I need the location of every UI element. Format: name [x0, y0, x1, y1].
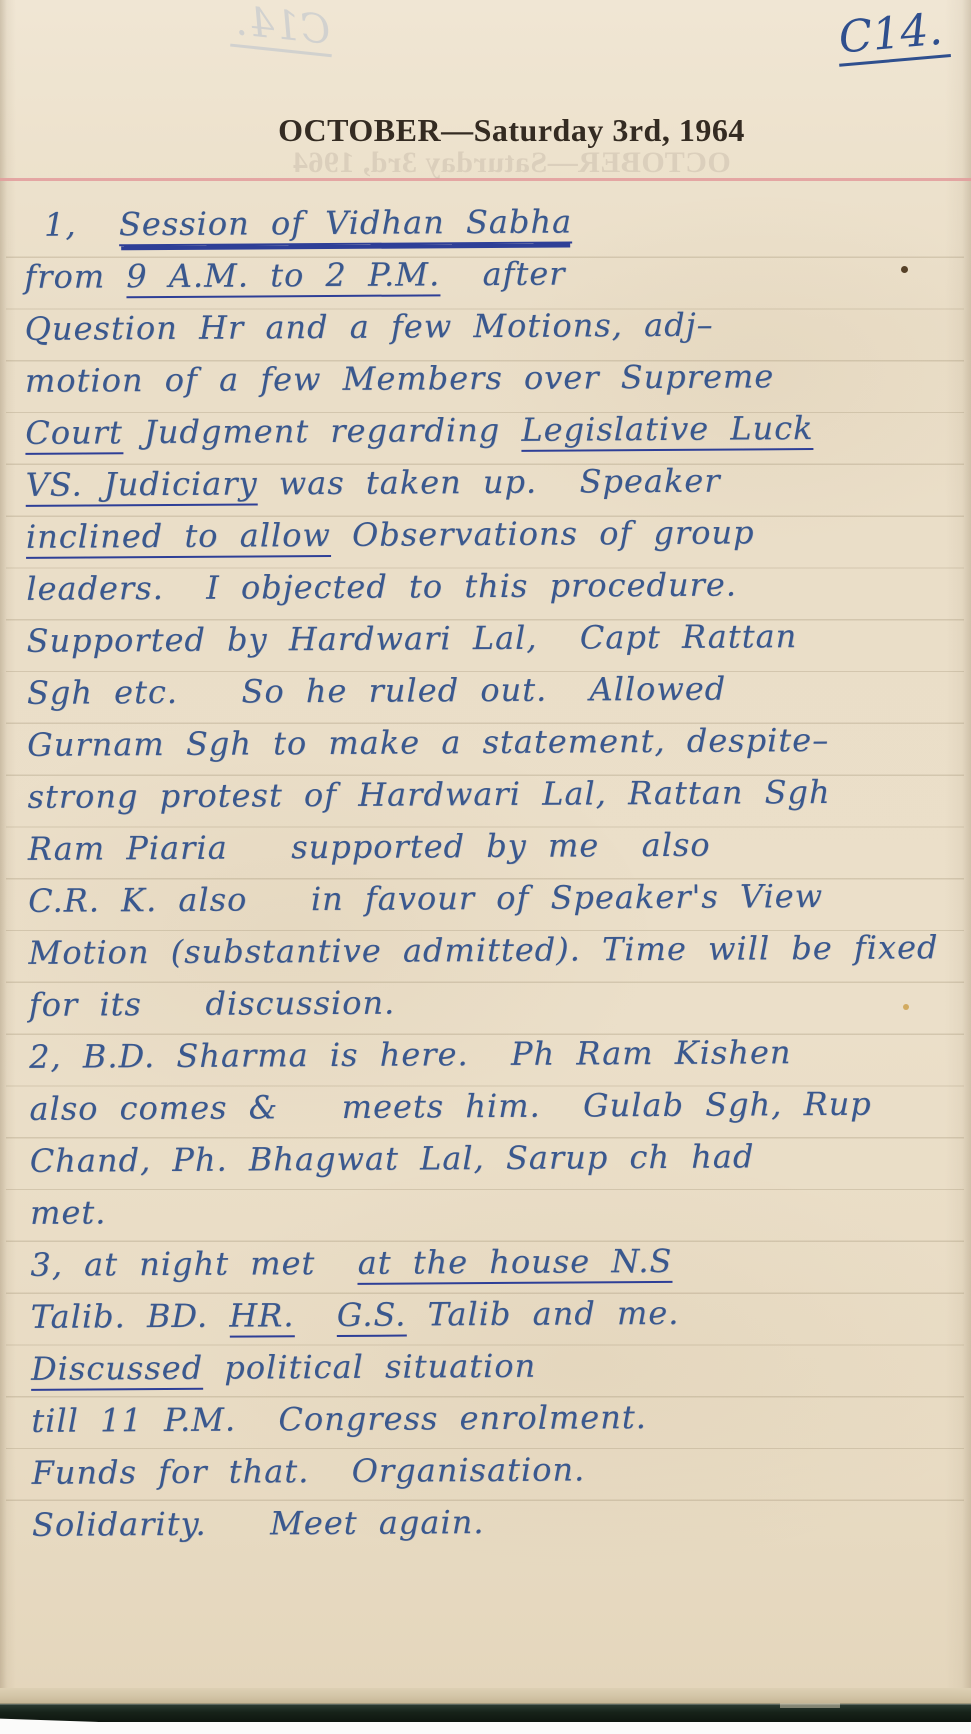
text-segment: Judgment regarding — [123, 411, 522, 451]
text-segment: Sgh etc. So he ruled out. Allowed — [27, 670, 727, 712]
underlined-phrase: G.S. — [337, 1296, 407, 1337]
underlined-phrase: VS. Judiciary — [26, 464, 258, 506]
text-segment: also comes & meets him. Gulab Sgh, Rup — [29, 1085, 872, 1128]
handwritten-line: met. — [30, 1181, 965, 1239]
ink-speck — [901, 266, 908, 273]
page-number: C14. — [835, 7, 951, 67]
handwritten-line: till 11 P.M. Congress enrolment. — [31, 1389, 966, 1447]
text-segment: Solidarity. Meet again. — [32, 1503, 485, 1544]
handwritten-line: 1, Session of Vidhan Sabha — [24, 193, 959, 251]
text-segment: Question Hr and a few Motions, adj– — [25, 306, 714, 348]
text-segment: for its discussion. — [29, 984, 396, 1024]
handwritten-line: Funds for that. Organisation. — [32, 1441, 967, 1499]
handwritten-line: motion of a few Members over Supreme — [25, 349, 960, 407]
text-segment: Funds for that. Organisation. — [32, 1450, 586, 1491]
desk-band — [0, 1703, 971, 1723]
underlined-phrase: HR. — [229, 1296, 294, 1337]
handwritten-line: Gurnam Sgh to make a statement, despite– — [27, 713, 962, 771]
handwritten-line: also comes & meets him. Gulab Sgh, Rup — [29, 1077, 964, 1135]
text-segment: Ram Piaria supported by me also — [28, 826, 711, 868]
handwritten-line: Court Judgment regarding Legislative Luc… — [25, 401, 960, 459]
handwritten-line: inclined to allow Observations of group — [26, 505, 961, 563]
underlined-phrase: Session of Vidhan Sabha — [119, 203, 572, 247]
handwritten-line: Question Hr and a few Motions, adj– — [25, 297, 960, 355]
handwritten-line: 2, B.D. Sharma is here. Ph Ram Kishen — [29, 1025, 964, 1083]
handwritten-line: strong protest of Hardwari Lal, Rattan S… — [27, 765, 962, 823]
text-segment: political situation — [203, 1347, 536, 1387]
text-segment: was taken up. Speaker — [258, 462, 721, 503]
handwritten-line: Talib. BD. HR. G.S. Talib and me. — [31, 1285, 966, 1343]
date-header: OCTOBER—Saturday 3rd, 1964 — [26, 112, 971, 149]
underlined-phrase: inclined to allow — [26, 516, 331, 559]
handwritten-line: Supported by Hardwari Lal, Capt Rattan — [26, 609, 961, 667]
text-segment: 3, at night met — [30, 1244, 357, 1284]
text-segment: Supported by Hardwari Lal, Capt Rattan — [26, 617, 797, 660]
text-segment: Motion (substantive admitted). Time will… — [28, 928, 938, 972]
amber-speck — [903, 1004, 909, 1010]
handwritten-line: from 9 A.M. to 2 P.M. after — [24, 245, 959, 303]
underlined-phrase: Legislative Luck — [521, 409, 813, 452]
text-segment: strong protest of Hardwari Lal, Rattan S… — [27, 773, 830, 816]
handwritten-line: C.R. K. also in favour of Speaker's View — [28, 869, 963, 927]
text-segment: C.R. K. also in favour of Speaker's View — [28, 877, 823, 920]
text-segment: Talib and me. — [406, 1294, 679, 1334]
text-segment: Observations of group — [331, 513, 755, 554]
text-segment: 1, — [44, 205, 119, 243]
date-header-ghost: OCTOBER—Saturday 3rd, 1964 — [26, 146, 971, 180]
entry-lines: 1, Session of Vidhan Sabhafrom 9 A.M. to… — [24, 193, 967, 1551]
text-segment: 2, B.D. Sharma is here. Ph Ram Kishen — [29, 1033, 792, 1076]
text-segment: Talib. BD. — [31, 1297, 230, 1336]
handwritten-line: Sgh etc. So he ruled out. Allowed — [27, 661, 962, 719]
handwritten-line: Motion (substantive admitted). Time will… — [28, 921, 963, 979]
handwritten-line: Solidarity. Meet again. — [32, 1493, 967, 1551]
diary-page-scan: C14. C14. OCTOBER—Saturday 3rd, 1964 OCT… — [0, 0, 971, 1734]
text-segment: leaders. I objected to this procedure. — [26, 566, 737, 608]
handwritten-line: leaders. I objected to this procedure. — [26, 557, 961, 615]
text-segment: Chand, Ph. Bhagwat Lal, Sarup ch had — [30, 1137, 755, 1179]
underlined-phrase: 9 A.M. to 2 P.M. — [126, 255, 440, 298]
underlined-phrase: Court — [25, 413, 123, 455]
text-segment: till 11 P.M. Congress enrolment. — [31, 1398, 647, 1440]
text-segment: Gurnam Sgh to make a statement, despite– — [27, 721, 829, 764]
text-segment: from — [24, 257, 126, 296]
text-segment: met. — [30, 1193, 107, 1231]
text-segment — [294, 1296, 337, 1334]
handwritten-line: Discussed political situation — [31, 1337, 966, 1395]
handwritten-line: Ram Piaria supported by me also — [28, 817, 963, 875]
handwritten-line: 3, at night met at the house N.S — [30, 1233, 965, 1291]
text-segment: after — [440, 255, 566, 294]
underlined-phrase: Discussed — [31, 1349, 203, 1391]
underlined-phrase: at the house N.S — [358, 1242, 673, 1285]
handwritten-line: VS. Judiciary was taken up. Speaker — [25, 453, 960, 511]
handwritten-line: Chand, Ph. Bhagwat Lal, Sarup ch had — [30, 1129, 965, 1187]
handwritten-line: for its discussion. — [29, 973, 964, 1031]
text-segment: motion of a few Members over Supreme — [25, 357, 774, 400]
page-bottom-edge — [0, 1688, 971, 1704]
